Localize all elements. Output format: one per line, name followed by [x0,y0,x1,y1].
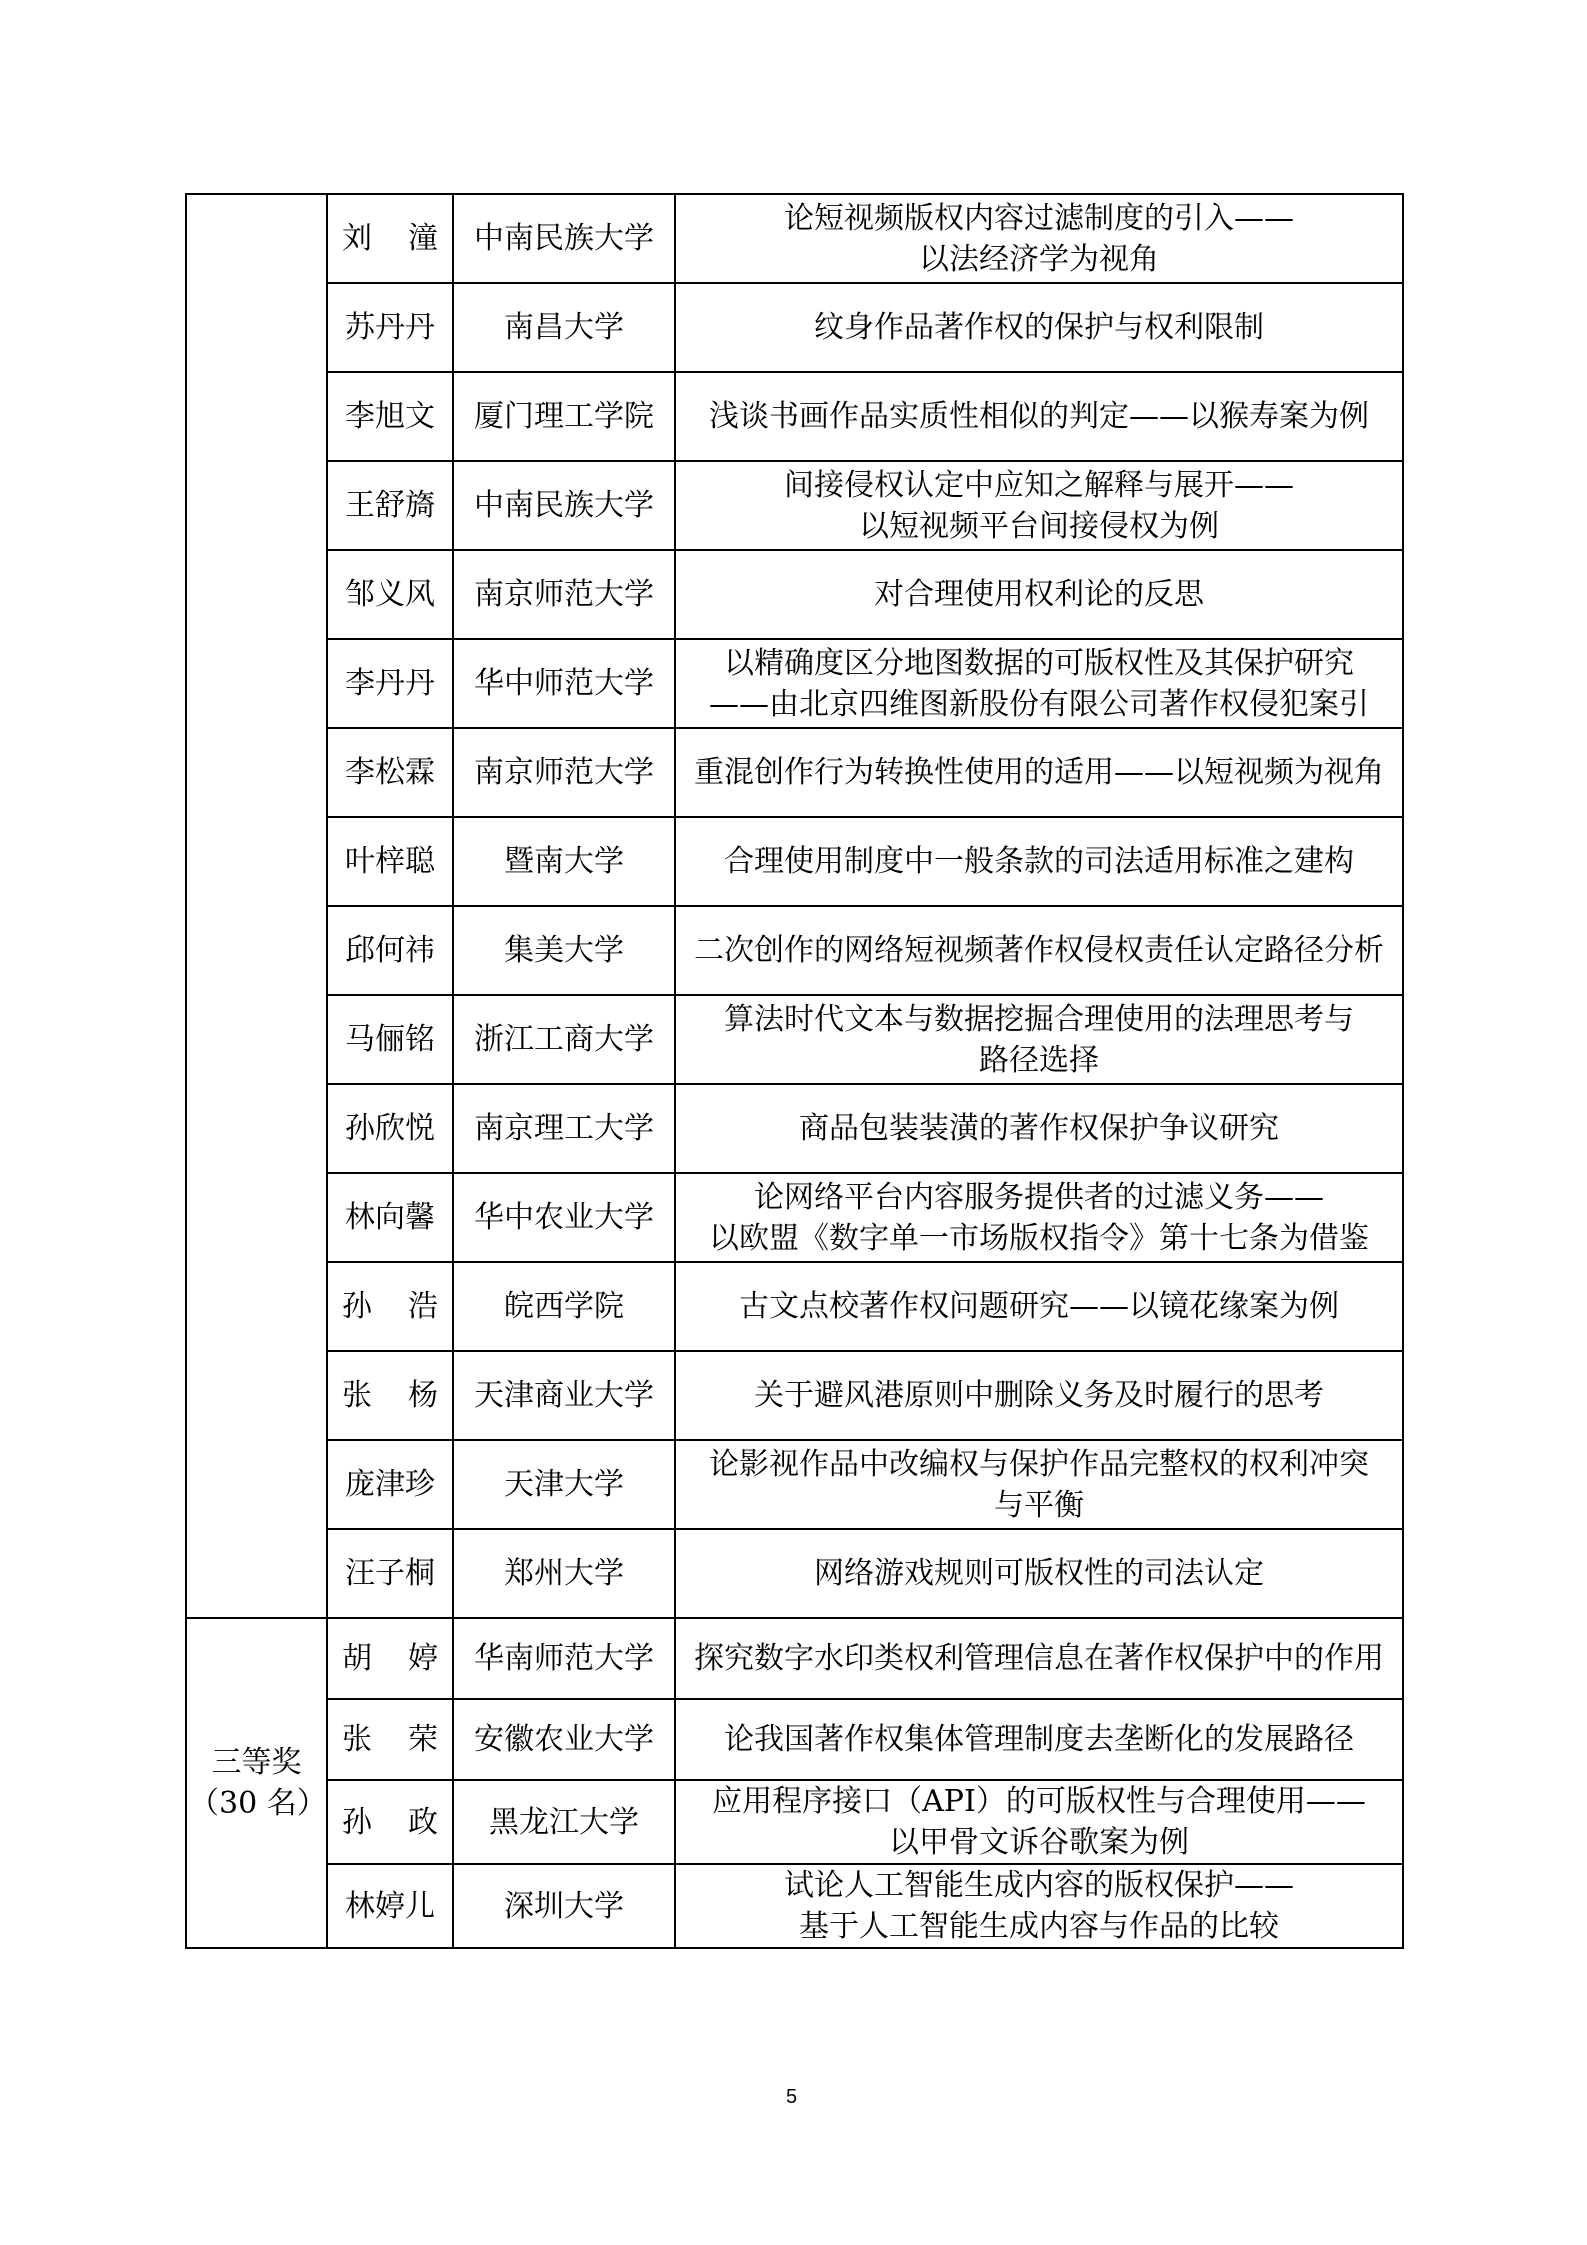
author-name-part: 马俪铭 [345,1022,435,1057]
author-name: 马俪铭 [328,1019,452,1060]
author-name-cell: 马俪铭 [327,995,453,1084]
school-cell: 中南民族大学 [453,194,675,283]
paper-title-cell: 探究数字水印类权利管理信息在著作权保护中的作用 [675,1618,1403,1699]
author-name-part: 叶梓聪 [345,844,435,879]
author-name: 张荣 [328,1719,452,1760]
author-name: 叶梓聪 [328,841,452,882]
author-name-part: 孙 [342,1286,372,1327]
author-name: 刘潼 [328,218,452,259]
table-row: 叶梓聪暨南大学合理使用制度中一般条款的司法适用标准之建构 [186,817,1403,906]
paper-title-cell: 算法时代文本与数据挖掘合理使用的法理思考与 路径选择 [675,995,1403,1084]
school-cell: 暨南大学 [453,817,675,906]
paper-title: 合理使用制度中一般条款的司法适用标准之建构 [676,841,1402,882]
author-name: 王舒旖 [328,485,452,526]
author-name: 张杨 [328,1375,452,1416]
table-row: 孙欣悦南京理工大学商品包装装潢的著作权保护争议研究 [186,1084,1403,1173]
awards-table: 刘潼中南民族大学论短视频版权内容过滤制度的引入—— 以法经济学为视角苏丹丹南昌大… [185,193,1404,1949]
paper-title-cell: 间接侵权认定中应知之解释与展开—— 以短视频平台间接侵权为例 [675,461,1403,550]
school-cell: 深圳大学 [453,1864,675,1948]
author-name: 胡婷 [328,1638,452,1679]
author-name-cell: 林向馨 [327,1173,453,1262]
table-row: 刘潼中南民族大学论短视频版权内容过滤制度的引入—— 以法经济学为视角 [186,194,1403,283]
author-name-cell: 李松霖 [327,728,453,817]
school-cell: 安徽农业大学 [453,1699,675,1780]
school-cell: 华中师范大学 [453,639,675,728]
paper-title: 纹身作品著作权的保护与权利限制 [676,307,1402,348]
table-row: 林向馨华中农业大学论网络平台内容服务提供者的过滤义务—— 以欧盟《数字单一市场版… [186,1173,1403,1262]
author-name-part: 李旭文 [345,399,435,434]
paper-title: 试论人工智能生成内容的版权保护—— 基于人工智能生成内容与作品的比较 [676,1865,1402,1947]
author-name: 孙政 [328,1802,452,1843]
author-name-part: 邹义风 [345,577,435,612]
paper-title-cell: 合理使用制度中一般条款的司法适用标准之建构 [675,817,1403,906]
author-name-cell: 邱何祎 [327,906,453,995]
school-cell: 南京师范大学 [453,728,675,817]
paper-title: 论影视作品中改编权与保护作品完整权的权利冲突 与平衡 [676,1444,1402,1526]
author-name: 孙浩 [328,1286,452,1327]
author-name-part: 王舒旖 [345,488,435,523]
author-name-part: 胡 [342,1638,372,1679]
paper-title-cell: 古文点校著作权问题研究——以镜花缘案为例 [675,1262,1403,1351]
author-name-part: 张 [342,1719,372,1760]
table-row: 孙政黑龙江大学应用程序接口（API）的可版权性与合理使用—— 以甲骨文诉谷歌案为… [186,1780,1403,1864]
paper-title: 对合理使用权利论的反思 [676,574,1402,615]
author-name: 汪子桐 [328,1553,452,1594]
table-row: 邹义风南京师范大学对合理使用权利论的反思 [186,550,1403,639]
author-name: 林婷儿 [328,1886,452,1927]
author-name-cell: 孙欣悦 [327,1084,453,1173]
author-name-cell: 汪子桐 [327,1529,453,1618]
paper-title: 商品包装装潢的著作权保护争议研究 [676,1108,1402,1149]
author-name: 邱何祎 [328,930,452,971]
table-row: 林婷儿深圳大学试论人工智能生成内容的版权保护—— 基于人工智能生成内容与作品的比… [186,1864,1403,1948]
author-name: 邹义风 [328,574,452,615]
paper-title: 算法时代文本与数据挖掘合理使用的法理思考与 路径选择 [676,999,1402,1081]
author-name-part: 张 [342,1375,372,1416]
author-name-cell: 胡婷 [327,1618,453,1699]
school-cell: 南昌大学 [453,283,675,372]
author-name-part: 刘 [342,218,372,259]
table-row: 三等奖 （30 名）胡婷华南师范大学探究数字水印类权利管理信息在著作权保护中的作… [186,1618,1403,1699]
school-cell: 黑龙江大学 [453,1780,675,1864]
author-name-cell: 李旭文 [327,372,453,461]
paper-title-cell: 以精确度区分地图数据的可版权性及其保护研究 ——由北京四维图新股份有限公司著作权… [675,639,1403,728]
paper-title-cell: 关于避风港原则中删除义务及时履行的思考 [675,1351,1403,1440]
table-row: 邱何祎集美大学二次创作的网络短视频著作权侵权责任认定路径分析 [186,906,1403,995]
author-name-part: 李松霖 [345,755,435,790]
school-cell: 华中农业大学 [453,1173,675,1262]
author-name: 李松霖 [328,752,452,793]
paper-title: 论网络平台内容服务提供者的过滤义务—— 以欧盟《数字单一市场版权指令》第十七条为… [676,1177,1402,1259]
page-number: 5 [786,2086,797,2109]
school-cell: 厦门理工学院 [453,372,675,461]
author-name-part: 李丹丹 [345,666,435,701]
author-name: 孙欣悦 [328,1108,452,1149]
author-name-cell: 李丹丹 [327,639,453,728]
table-row: 孙浩皖西学院古文点校著作权问题研究——以镜花缘案为例 [186,1262,1403,1351]
school-cell: 中南民族大学 [453,461,675,550]
author-name-part: 政 [408,1802,438,1843]
paper-title: 浅谈书画作品实质性相似的判定——以猴寿案为例 [676,396,1402,437]
author-name-part: 孙 [342,1802,372,1843]
table-row: 苏丹丹南昌大学纹身作品著作权的保护与权利限制 [186,283,1403,372]
award-level-label: 三等奖 （30 名） [187,1742,326,1824]
table-row: 马俪铭浙江工商大学算法时代文本与数据挖掘合理使用的法理思考与 路径选择 [186,995,1403,1084]
author-name-part: 庞津珍 [345,1467,435,1502]
author-name: 苏丹丹 [328,307,452,348]
author-name: 李丹丹 [328,663,452,704]
author-name-part: 荣 [408,1719,438,1760]
author-name-part: 林婷儿 [345,1889,435,1924]
school-cell: 浙江工商大学 [453,995,675,1084]
author-name-cell: 庞津珍 [327,1440,453,1529]
paper-title: 二次创作的网络短视频著作权侵权责任认定路径分析 [676,930,1402,971]
table-row: 张杨天津商业大学关于避风港原则中删除义务及时履行的思考 [186,1351,1403,1440]
table-row: 李松霖南京师范大学重混创作行为转换性使用的适用——以短视频为视角 [186,728,1403,817]
author-name-part: 林向馨 [345,1200,435,1235]
author-name: 李旭文 [328,396,452,437]
author-name-cell: 叶梓聪 [327,817,453,906]
paper-title-cell: 论网络平台内容服务提供者的过滤义务—— 以欧盟《数字单一市场版权指令》第十七条为… [675,1173,1403,1262]
paper-title: 探究数字水印类权利管理信息在著作权保护中的作用 [676,1638,1402,1679]
paper-title-cell: 网络游戏规则可版权性的司法认定 [675,1529,1403,1618]
table-row: 庞津珍天津大学论影视作品中改编权与保护作品完整权的权利冲突 与平衡 [186,1440,1403,1529]
award-level-cell: 三等奖 （30 名） [186,1618,327,1948]
author-name: 林向馨 [328,1197,452,1238]
author-name-part: 孙欣悦 [345,1111,435,1146]
paper-title-cell: 商品包装装潢的著作权保护争议研究 [675,1084,1403,1173]
author-name-part: 潼 [408,218,438,259]
paper-title: 应用程序接口（API）的可版权性与合理使用—— 以甲骨文诉谷歌案为例 [676,1781,1402,1863]
paper-title: 古文点校著作权问题研究——以镜花缘案为例 [676,1286,1402,1327]
paper-title-cell: 浅谈书画作品实质性相似的判定——以猴寿案为例 [675,372,1403,461]
paper-title-cell: 应用程序接口（API）的可版权性与合理使用—— 以甲骨文诉谷歌案为例 [675,1780,1403,1864]
paper-title-cell: 论影视作品中改编权与保护作品完整权的权利冲突 与平衡 [675,1440,1403,1529]
author-name-cell: 张杨 [327,1351,453,1440]
paper-title-cell: 重混创作行为转换性使用的适用——以短视频为视角 [675,728,1403,817]
paper-title: 论短视频版权内容过滤制度的引入—— 以法经济学为视角 [676,198,1402,280]
paper-title-cell: 二次创作的网络短视频著作权侵权责任认定路径分析 [675,906,1403,995]
table-row: 汪子桐郑州大学网络游戏规则可版权性的司法认定 [186,1529,1403,1618]
paper-title: 论我国著作权集体管理制度去垄断化的发展路径 [676,1719,1402,1760]
school-cell: 郑州大学 [453,1529,675,1618]
paper-title-cell: 纹身作品著作权的保护与权利限制 [675,283,1403,372]
author-name-part: 邱何祎 [345,933,435,968]
paper-title: 关于避风港原则中删除义务及时履行的思考 [676,1375,1402,1416]
paper-title: 间接侵权认定中应知之解释与展开—— 以短视频平台间接侵权为例 [676,465,1402,547]
author-name-part: 汪子桐 [345,1556,435,1591]
school-cell: 南京理工大学 [453,1084,675,1173]
school-cell: 天津大学 [453,1440,675,1529]
author-name-part: 浩 [408,1286,438,1327]
author-name-cell: 林婷儿 [327,1864,453,1948]
school-cell: 天津商业大学 [453,1351,675,1440]
author-name-part: 婷 [408,1638,438,1679]
school-cell: 南京师范大学 [453,550,675,639]
table-row: 王舒旖中南民族大学间接侵权认定中应知之解释与展开—— 以短视频平台间接侵权为例 [186,461,1403,550]
author-name-cell: 王舒旖 [327,461,453,550]
paper-title-cell: 论我国著作权集体管理制度去垄断化的发展路径 [675,1699,1403,1780]
author-name-cell: 孙浩 [327,1262,453,1351]
awards-table-body: 刘潼中南民族大学论短视频版权内容过滤制度的引入—— 以法经济学为视角苏丹丹南昌大… [186,194,1403,1948]
paper-title-cell: 论短视频版权内容过滤制度的引入—— 以法经济学为视角 [675,194,1403,283]
school-cell: 集美大学 [453,906,675,995]
author-name-part: 杨 [408,1375,438,1416]
table-row: 李丹丹华中师范大学以精确度区分地图数据的可版权性及其保护研究 ——由北京四维图新… [186,639,1403,728]
table-row: 张荣安徽农业大学论我国著作权集体管理制度去垄断化的发展路径 [186,1699,1403,1780]
author-name-cell: 邹义风 [327,550,453,639]
author-name-cell: 张荣 [327,1699,453,1780]
table-row: 李旭文厦门理工学院浅谈书画作品实质性相似的判定——以猴寿案为例 [186,372,1403,461]
paper-title: 网络游戏规则可版权性的司法认定 [676,1553,1402,1594]
award-level-cell [186,194,327,1618]
paper-title-cell: 对合理使用权利论的反思 [675,550,1403,639]
paper-title: 以精确度区分地图数据的可版权性及其保护研究 ——由北京四维图新股份有限公司著作权… [676,643,1402,725]
paper-title-cell: 试论人工智能生成内容的版权保护—— 基于人工智能生成内容与作品的比较 [675,1864,1403,1948]
author-name-part: 苏丹丹 [345,310,435,345]
author-name-cell: 刘潼 [327,194,453,283]
school-cell: 皖西学院 [453,1262,675,1351]
paper-title: 重混创作行为转换性使用的适用——以短视频为视角 [676,752,1402,793]
author-name-cell: 孙政 [327,1780,453,1864]
school-cell: 华南师范大学 [453,1618,675,1699]
author-name-cell: 苏丹丹 [327,283,453,372]
author-name: 庞津珍 [328,1464,452,1505]
